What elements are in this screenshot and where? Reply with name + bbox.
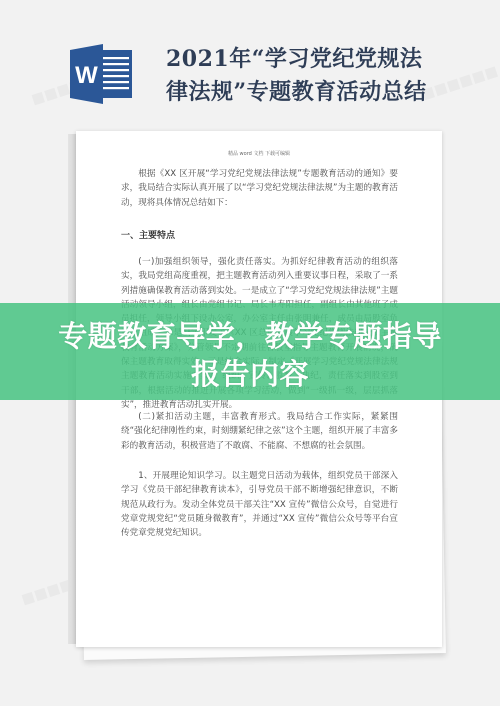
banner-line-1: 专题教育导学，教学专题指导 [0, 317, 500, 355]
section-heading: 一、主要特点 [121, 228, 175, 241]
paragraph-3: 1、开展理论知识学习。以主题党日活动为载体，组织党员干部深入学习《党员干部纪律教… [121, 469, 398, 540]
banner-text: 专题教育导学，教学专题指导 报告内容 [0, 317, 500, 393]
document-header: W 2021年“学习党纪党规法 律法规”专题教育活动总结 [0, 0, 500, 125]
title-line-1: 2021年“学习党纪党规法 [166, 43, 466, 76]
svg-text:W: W [75, 62, 98, 89]
paragraph-2: (二)紧扣活动主题，丰富教育形式。我局结合工作实际，紧紧围绕“强化纪律刚性约束，… [121, 410, 398, 453]
banner-line-2: 报告内容 [0, 355, 500, 393]
title-line-2: 律法规”专题教育活动总结 [166, 76, 466, 109]
title-banner: 专题教育导学，教学专题指导 报告内容 [0, 303, 500, 400]
page-header: 精品 word 文档 下载可编辑 [76, 150, 442, 157]
word-document-icon: W [70, 44, 134, 104]
document-title: 2021年“学习党纪党规法 律法规”专题教育活动总结 [166, 43, 466, 109]
intro-paragraph: 根据《XX 区开展“学习党纪党规法律法规”专题教育活动的通知》要求，我局结合实际… [121, 167, 398, 210]
